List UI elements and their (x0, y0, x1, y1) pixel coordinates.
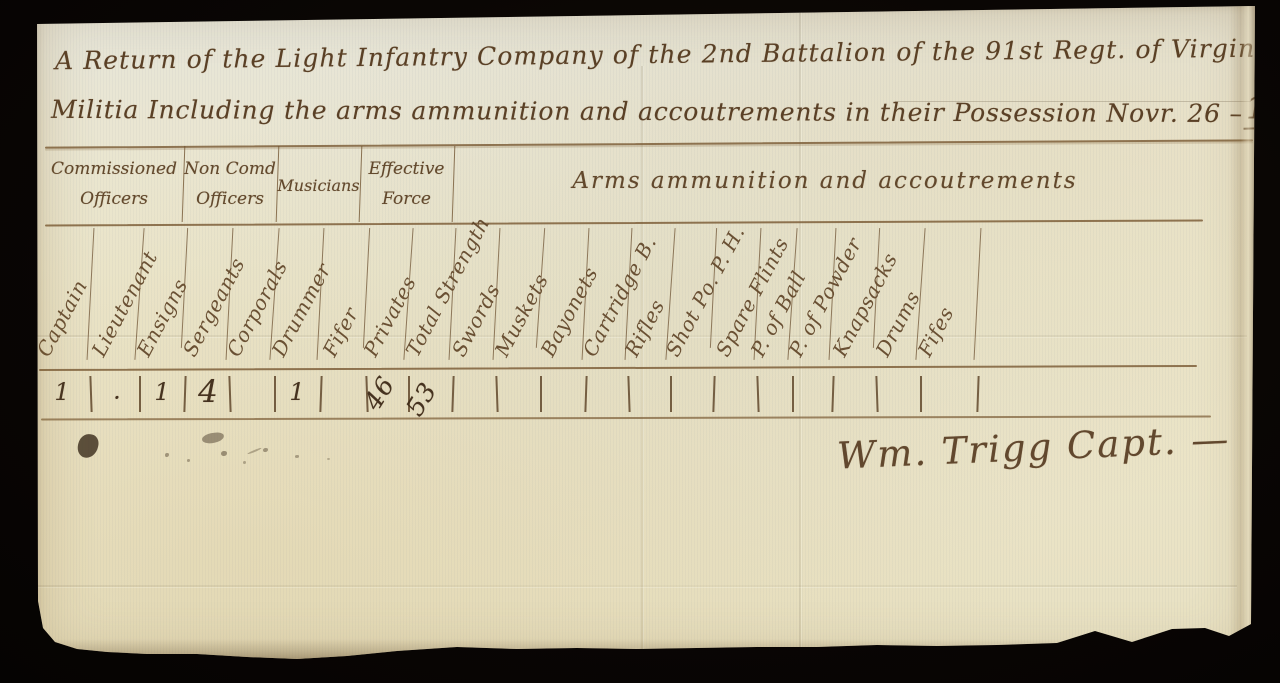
data-value-ensigns: 1 (145, 378, 179, 406)
data-cell-divider (139, 376, 141, 412)
data-value-captain: 1 (45, 378, 79, 406)
document-title-line-2-text: Militia Including the arms ammunition an… (51, 95, 1243, 128)
militia-return-document: A Return of the Light Infantry Company o… (37, 6, 1255, 659)
data-cell-divider (495, 376, 498, 412)
group-header-musicians: Musicians (277, 156, 360, 216)
data-cell-divider (920, 376, 922, 412)
column-divider (974, 228, 982, 360)
data-cell-divider (875, 376, 878, 412)
data-cell-divider (451, 376, 454, 412)
column-label-captain: Captain (33, 276, 92, 360)
data-cell-divider (183, 376, 186, 412)
fold-crease-vertical-center (641, 66, 643, 656)
data-cell-divider (228, 376, 231, 412)
fold-crease-horizontal-lower (37, 585, 1237, 587)
ink-speck (165, 453, 169, 457)
data-cell-divider (792, 376, 794, 412)
data-cell-divider (540, 376, 542, 412)
table-line-top (45, 139, 1253, 148)
ink-speck (263, 448, 268, 452)
data-cell-divider (670, 376, 672, 412)
group-header-effective-force: Effective Force (360, 150, 453, 220)
data-cell-divider (89, 376, 92, 412)
group-header-commissioned-officers: Commissioned Officers (45, 150, 183, 220)
ink-speck (295, 455, 299, 458)
scan-background: A Return of the Light Infantry Company o… (0, 0, 1280, 683)
group-header-non-comd-officers: Non Comd Officers (183, 150, 277, 220)
paper-torn-bottom-shadow (37, 639, 1255, 659)
data-cell-divider (627, 376, 630, 412)
document-year: 1805 (1242, 91, 1280, 130)
ink-speck (243, 461, 246, 464)
document-title-line-2: Militia Including the arms ammunition an… (51, 88, 1253, 128)
ink-streak (247, 447, 262, 454)
data-cell-divider (756, 376, 759, 412)
group-header-arms-ammunition-and-accoutrements: Arms ammunition and accoutrements (467, 156, 1183, 230)
column-label-fifes: Fifes (914, 303, 958, 360)
ink-blot (76, 432, 101, 460)
data-value-drummer: 1 (280, 378, 314, 406)
data-cell-divider (274, 376, 276, 412)
data-cell-divider (584, 376, 587, 412)
data-value-lieutenant: · (100, 384, 134, 412)
signature-wm-trigg: Wm. Trigg Capt. — (836, 417, 1231, 477)
table-line-above-data-row (39, 365, 1197, 371)
data-cell-divider (712, 376, 715, 412)
data-value-sergeants: 4 (191, 374, 225, 410)
ink-blot (201, 432, 224, 445)
data-cell-divider (976, 376, 979, 412)
document-title-line-1: A Return of the Light Infantry Company o… (55, 34, 1251, 76)
ink-speck (187, 459, 190, 462)
table-line-bottom (41, 415, 1211, 420)
data-cell-divider (319, 376, 322, 412)
ink-speck (327, 458, 330, 460)
data-cell-divider (831, 376, 834, 412)
column-label-fifer: Fifer (319, 304, 363, 360)
ink-speck (221, 451, 227, 456)
